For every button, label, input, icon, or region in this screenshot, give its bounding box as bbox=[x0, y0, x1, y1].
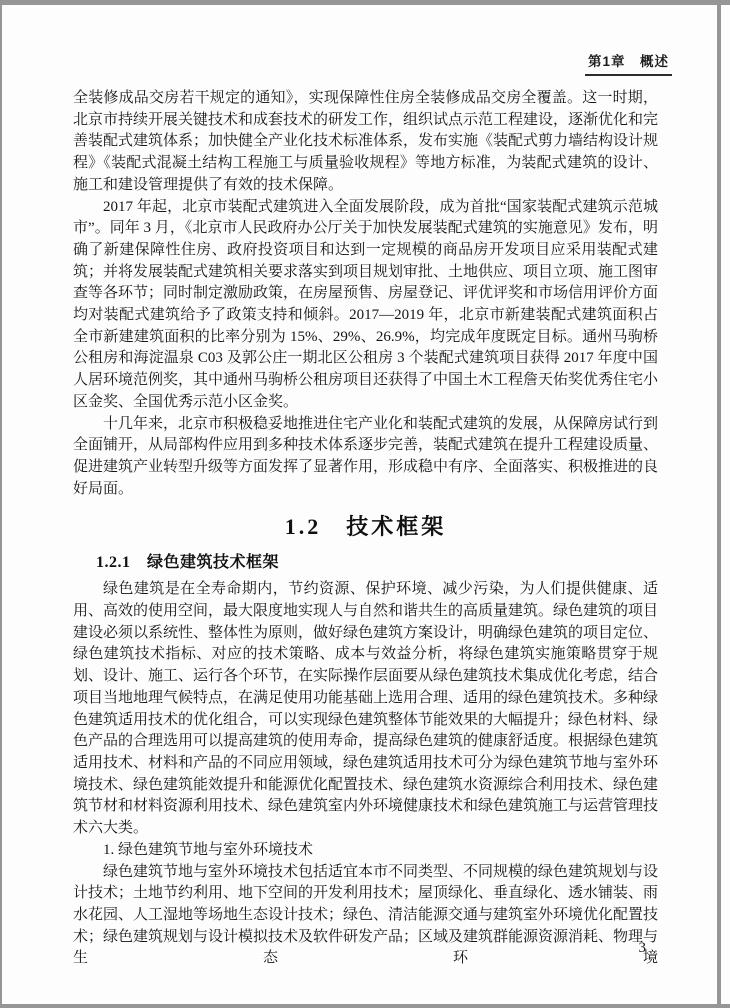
page-body: 全装修成品交房若干规定的通知》，实现保障性住房全装修成品交房全覆盖。这一时期，北… bbox=[73, 88, 658, 970]
scan-edge-bottom bbox=[0, 1004, 730, 1008]
scan-edge-left bbox=[0, 0, 2, 1008]
section-heading: 1.2 技术框架 bbox=[73, 512, 658, 542]
paragraph-runover: 绿色建筑节地与室外环境技术包括适宜本市不同类型、不同规模的绿色建筑规划与设计技术… bbox=[73, 862, 658, 971]
paragraph: 十几年来，北京市积极稳妥地推进住宅产业化和装配式建筑的发展，从保障房试行到全面铺… bbox=[73, 414, 658, 501]
subsection-heading: 1.2.1 绿色建筑技术框架 bbox=[73, 552, 658, 574]
paragraph-continuation: 全装修成品交房若干规定的通知》，实现保障性住房全装修成品交房全覆盖。这一时期，北… bbox=[73, 88, 658, 197]
running-header: 第1章 概述 bbox=[585, 50, 672, 76]
document-page: 第1章 概述 全装修成品交房若干规定的通知》，实现保障性住房全装修成品交房全覆盖… bbox=[0, 0, 730, 1008]
scan-edge-top bbox=[0, 0, 730, 5]
scan-edge-right bbox=[717, 0, 721, 1008]
paragraph: 绿色建筑是在全寿命期内，节约资源、保护环境、减少污染，为人们提供健康、适用、高效… bbox=[73, 579, 658, 839]
page-number: 3 bbox=[639, 940, 647, 957]
list-item: 1. 绿色建筑节地与室外环境技术 bbox=[73, 840, 658, 862]
paragraph: 2017 年起，北京市装配式建筑进入全面发展阶段，成为首批“国家装配式建筑示范城… bbox=[73, 197, 658, 414]
